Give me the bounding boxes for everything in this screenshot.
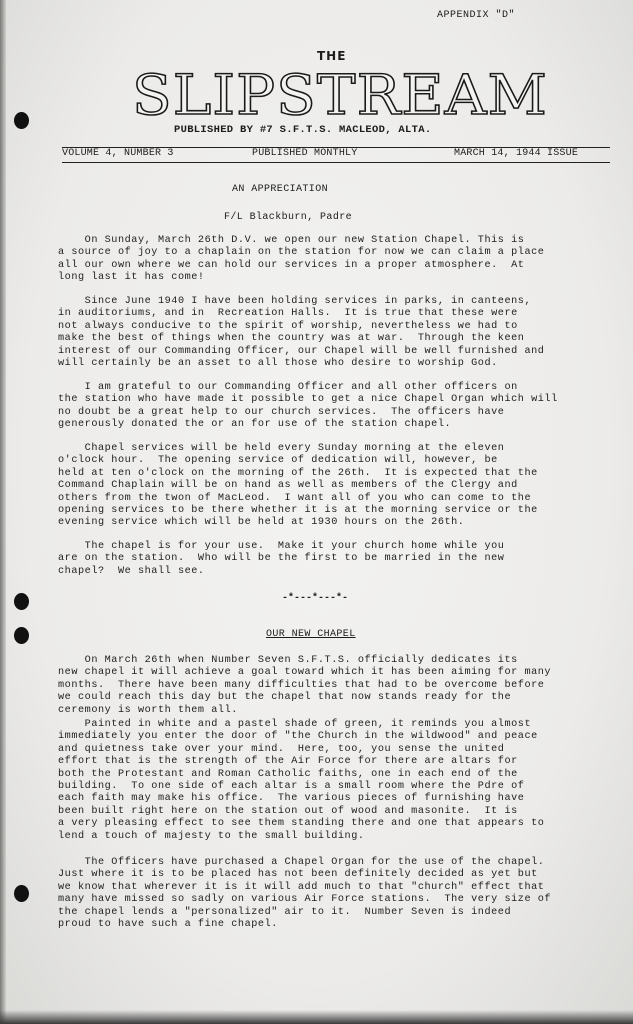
article-paragraph: Painted in white and a pastel shade of g…: [58, 719, 618, 843]
punch-hole-icon: [14, 885, 29, 902]
article-title: OUR NEW CHAPEL: [266, 629, 356, 640]
article-paragraph: Chapel services will be held every Sunda…: [58, 443, 618, 530]
article-paragraph: On Sunday, March 26th D.V. we open our n…: [58, 235, 618, 285]
publisher-line: PUBLISHED BY #7 S.F.T.S. MACLEOD, ALTA.: [174, 124, 431, 136]
article-paragraph: Since June 1940 I have been holding serv…: [58, 296, 618, 370]
punch-hole-icon: [14, 593, 29, 610]
section-divider: -*---*---*-: [282, 593, 348, 604]
article-paragraph: The Officers have purchased a Chapel Org…: [58, 857, 618, 931]
volume-number: VOLUME 4, NUMBER 3: [62, 148, 174, 159]
publication-frequency: PUBLISHED MONTHLY: [252, 148, 357, 159]
masthead-title: SLIPSTREAM: [132, 64, 582, 127]
masthead-the: THE: [317, 49, 346, 63]
document-page: APPENDIX "D" THE SLIPSTREAM PUBLISHED BY…: [0, 0, 633, 1024]
article-byline: F/L Blackburn, Padre: [224, 212, 352, 223]
article-paragraph: On March 26th when Number Seven S.F.T.S.…: [58, 655, 618, 717]
page-edge-shadow: [0, 0, 6, 1024]
article-paragraph: The chapel is for your use. Make it your…: [58, 541, 618, 578]
appendix-label: APPENDIX "D": [437, 10, 515, 21]
issue-date: MARCH 14, 1944 ISSUE: [454, 148, 578, 159]
punch-hole-icon: [14, 112, 29, 129]
punch-hole-icon: [14, 627, 29, 644]
page-bottom-shadow: [0, 1010, 633, 1024]
issue-bar: VOLUME 4, NUMBER 3 PUBLISHED MONTHLY MAR…: [62, 147, 610, 163]
article-paragraph: I am grateful to our Commanding Officer …: [58, 382, 618, 432]
article-title: AN APPRECIATION: [232, 184, 328, 195]
